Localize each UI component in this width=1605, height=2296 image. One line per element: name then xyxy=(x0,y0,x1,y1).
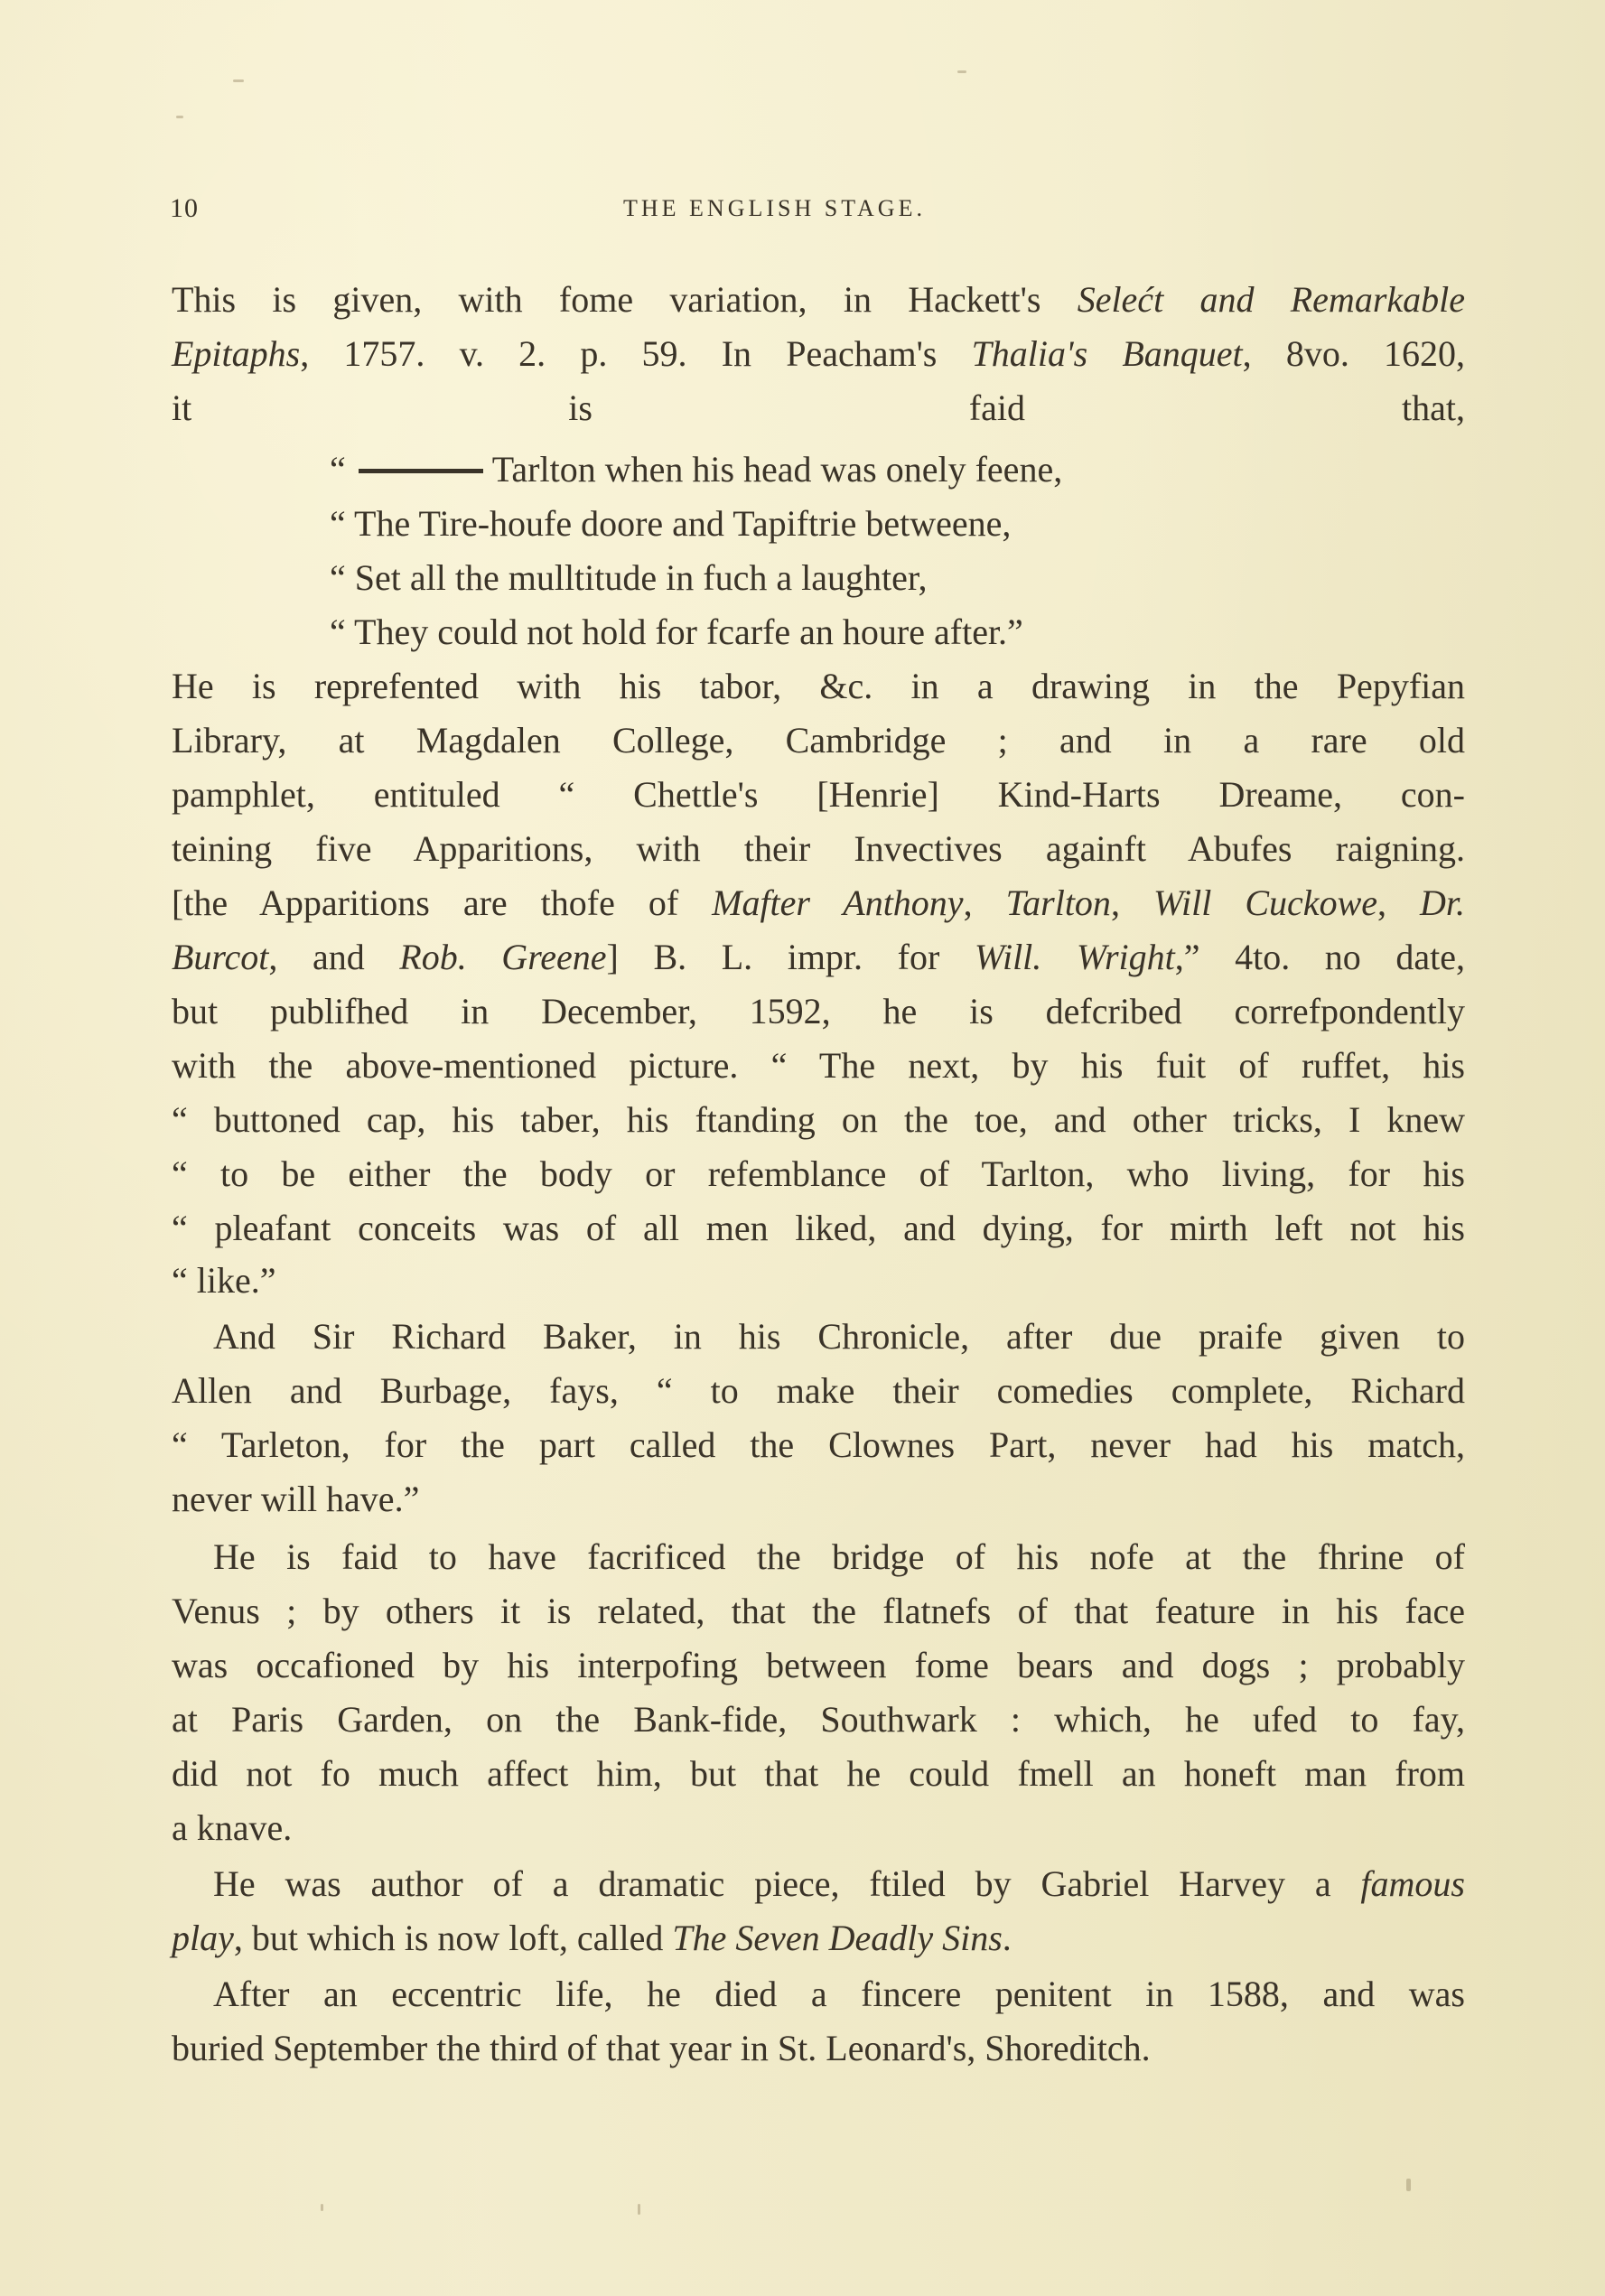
text-span: did not fo much affect him, but that he … xyxy=(172,1753,1465,1794)
text-span: Library, at Magdalen College, Cambridge … xyxy=(172,720,1465,761)
text-span: , 8vo. 1620, xyxy=(1243,333,1465,374)
italic-text: Selećt and Remarkable xyxy=(1078,279,1465,320)
text-span: never will have.” xyxy=(172,1479,419,1519)
text-line: He is reprefented with his tabor, &c. in… xyxy=(172,665,1465,708)
text-line: Library, at Magdalen College, Cambridge … xyxy=(172,719,1465,762)
text-line: Allen and Burbage, fays, “ to make their… xyxy=(172,1369,1465,1413)
italic-text: Epitaphs xyxy=(172,333,300,374)
text-span: “ They could not hold for fcarfe an hour… xyxy=(330,611,1023,652)
text-line: a knave. xyxy=(172,1806,1465,1850)
text-span: Allen and Burbage, fays, “ to make their… xyxy=(172,1370,1465,1411)
text-line: “ like.” xyxy=(172,1259,1465,1302)
text-span: , and xyxy=(268,937,399,977)
italic-text: Burcot xyxy=(172,937,268,977)
text-line: Venus ; by others it is related, that th… xyxy=(172,1590,1465,1633)
text-span: “ Tarleton, for the part called the Clow… xyxy=(172,1424,1465,1465)
text-span: He is faid to have facrificed the bridge… xyxy=(213,1536,1465,1577)
text-span: “ The Tire-houfe doore and Tapiftrie bet… xyxy=(330,503,1011,544)
verse-line: “ They could not hold for fcarfe an hour… xyxy=(330,611,1023,654)
italic-text: Will. Wright xyxy=(975,937,1175,977)
text-line: buried September the third of that year … xyxy=(172,2027,1465,2070)
text-span: After an eccentric life, he died a fince… xyxy=(213,1974,1465,2014)
text-span: , 1757. v. 2. p. 59. In Peacham's xyxy=(300,333,971,374)
text-span: it is faid that, xyxy=(172,387,1465,428)
italic-text: famous xyxy=(1360,1863,1465,1904)
text-span: buried September the third of that year … xyxy=(172,2028,1151,2068)
text-line: “ to be either the body or refemblance o… xyxy=(172,1153,1465,1196)
italic-text: Will Cuckowe xyxy=(1153,882,1377,923)
text-line: play, but which is now loft, called The … xyxy=(172,1917,1465,1960)
text-span: , xyxy=(964,882,1006,923)
paper-speck xyxy=(321,2204,323,2211)
text-span: And Sir Richard Baker, in his Chronicle,… xyxy=(213,1316,1465,1357)
italic-text: Rob. Greene xyxy=(399,937,606,977)
running-head: 10 THE ENGLISH STAGE. xyxy=(170,191,1463,228)
text-span: “ buttoned cap, his taber, his ftanding … xyxy=(172,1099,1465,1140)
text-line: [the Apparitions are thofe of Mafter Ant… xyxy=(172,882,1465,925)
text-line: This is given, with fome variation, in H… xyxy=(172,278,1465,322)
text-line: at Paris Garden, on the Bank-fide, South… xyxy=(172,1698,1465,1741)
text-span: [the Apparitions are thofe of xyxy=(172,882,712,923)
text-line: And Sir Richard Baker, in his Chronicle,… xyxy=(213,1315,1465,1358)
text-span: , xyxy=(1377,882,1420,923)
text-span: This is given, with fome variation, in H… xyxy=(172,279,1078,320)
text-line: was occafioned by his interpofing betwee… xyxy=(172,1644,1465,1687)
book-page: 10 THE ENGLISH STAGE. This is given, wit… xyxy=(0,0,1605,2296)
italic-text: Thalia's Banquet xyxy=(972,333,1243,374)
verse-line: “ Set all the mulltitude in fuch a laugh… xyxy=(330,556,928,600)
text-line: After an eccentric life, he died a fince… xyxy=(213,1973,1465,2016)
italic-text: Dr. xyxy=(1420,882,1465,923)
paper-speck xyxy=(957,70,966,73)
page-number: 10 xyxy=(170,193,199,224)
paper-speck xyxy=(1406,2179,1411,2191)
running-title: THE ENGLISH STAGE. xyxy=(623,195,926,222)
italic-text: The Seven Deadly Sins xyxy=(672,1918,1002,1958)
text-span: a knave. xyxy=(172,1807,292,1848)
text-line: did not fo much affect him, but that he … xyxy=(172,1752,1465,1796)
text-span: Tarlton when his head was onely feene, xyxy=(492,449,1062,490)
italic-text: Tarlton xyxy=(1006,882,1111,923)
text-span: but publifhed in December, 1592, he is d… xyxy=(172,991,1465,1031)
text-span: He is reprefented with his tabor, &c. in… xyxy=(172,666,1465,706)
text-span: , xyxy=(1111,882,1153,923)
text-span: “ pleafant conceits was of all men liked… xyxy=(172,1208,1465,1248)
text-line: with the above-mentioned picture. “ The … xyxy=(172,1044,1465,1087)
verse-line: “Tarlton when his head was onely feene, xyxy=(330,448,1062,491)
text-line: Burcot, and Rob. Greene] B. L. impr. for… xyxy=(172,936,1465,979)
text-span: “ Set all the mulltitude in fuch a laugh… xyxy=(330,557,928,598)
paper-speck xyxy=(638,2204,640,2215)
text-span: He was author of a dramatic piece, ftile… xyxy=(213,1863,1360,1904)
text-line: but publifhed in December, 1592, he is d… xyxy=(172,990,1465,1033)
text-span: was occafioned by his interpofing betwee… xyxy=(172,1645,1465,1685)
text-span: ] B. L. impr. for xyxy=(607,937,975,977)
text-line: teining five Apparitions, with their Inv… xyxy=(172,827,1465,871)
paper-speck xyxy=(233,79,244,82)
text-line: Epitaphs, 1757. v. 2. p. 59. In Peacham'… xyxy=(172,332,1465,376)
text-span: “ like.” xyxy=(172,1260,276,1301)
text-line: “ pleafant conceits was of all men liked… xyxy=(172,1207,1465,1250)
text-span: “ xyxy=(330,449,346,490)
text-line: “ buttoned cap, his taber, his ftanding … xyxy=(172,1098,1465,1142)
text-line: He was author of a dramatic piece, ftile… xyxy=(213,1862,1465,1906)
italic-text: play xyxy=(172,1918,234,1958)
text-span: , but which is now loft, called xyxy=(234,1918,672,1958)
text-line: it is faid that, xyxy=(172,387,1465,430)
text-span: teining five Apparitions, with their Inv… xyxy=(172,828,1465,869)
text-span: with the above-mentioned picture. “ The … xyxy=(172,1045,1465,1086)
verse-line: “ The Tire-houfe doore and Tapiftrie bet… xyxy=(330,502,1011,546)
text-line: He is faid to have facrificed the bridge… xyxy=(213,1535,1465,1579)
paper-speck xyxy=(176,116,183,118)
em-rule-dash xyxy=(359,469,483,473)
italic-text: Mafter Anthony xyxy=(712,882,963,923)
text-span: pamphlet, entituled “ Chettle's [Henrie]… xyxy=(172,774,1465,815)
text-span: . xyxy=(1003,1918,1012,1958)
text-span: “ to be either the body or refemblance o… xyxy=(172,1153,1465,1194)
text-line: never will have.” xyxy=(172,1478,1465,1521)
text-line: pamphlet, entituled “ Chettle's [Henrie]… xyxy=(172,773,1465,817)
text-line: “ Tarleton, for the part called the Clow… xyxy=(172,1423,1465,1467)
text-span: at Paris Garden, on the Bank-fide, South… xyxy=(172,1699,1465,1740)
text-span: Venus ; by others it is related, that th… xyxy=(172,1591,1465,1631)
text-span: ,” 4to. no date, xyxy=(1175,937,1465,977)
